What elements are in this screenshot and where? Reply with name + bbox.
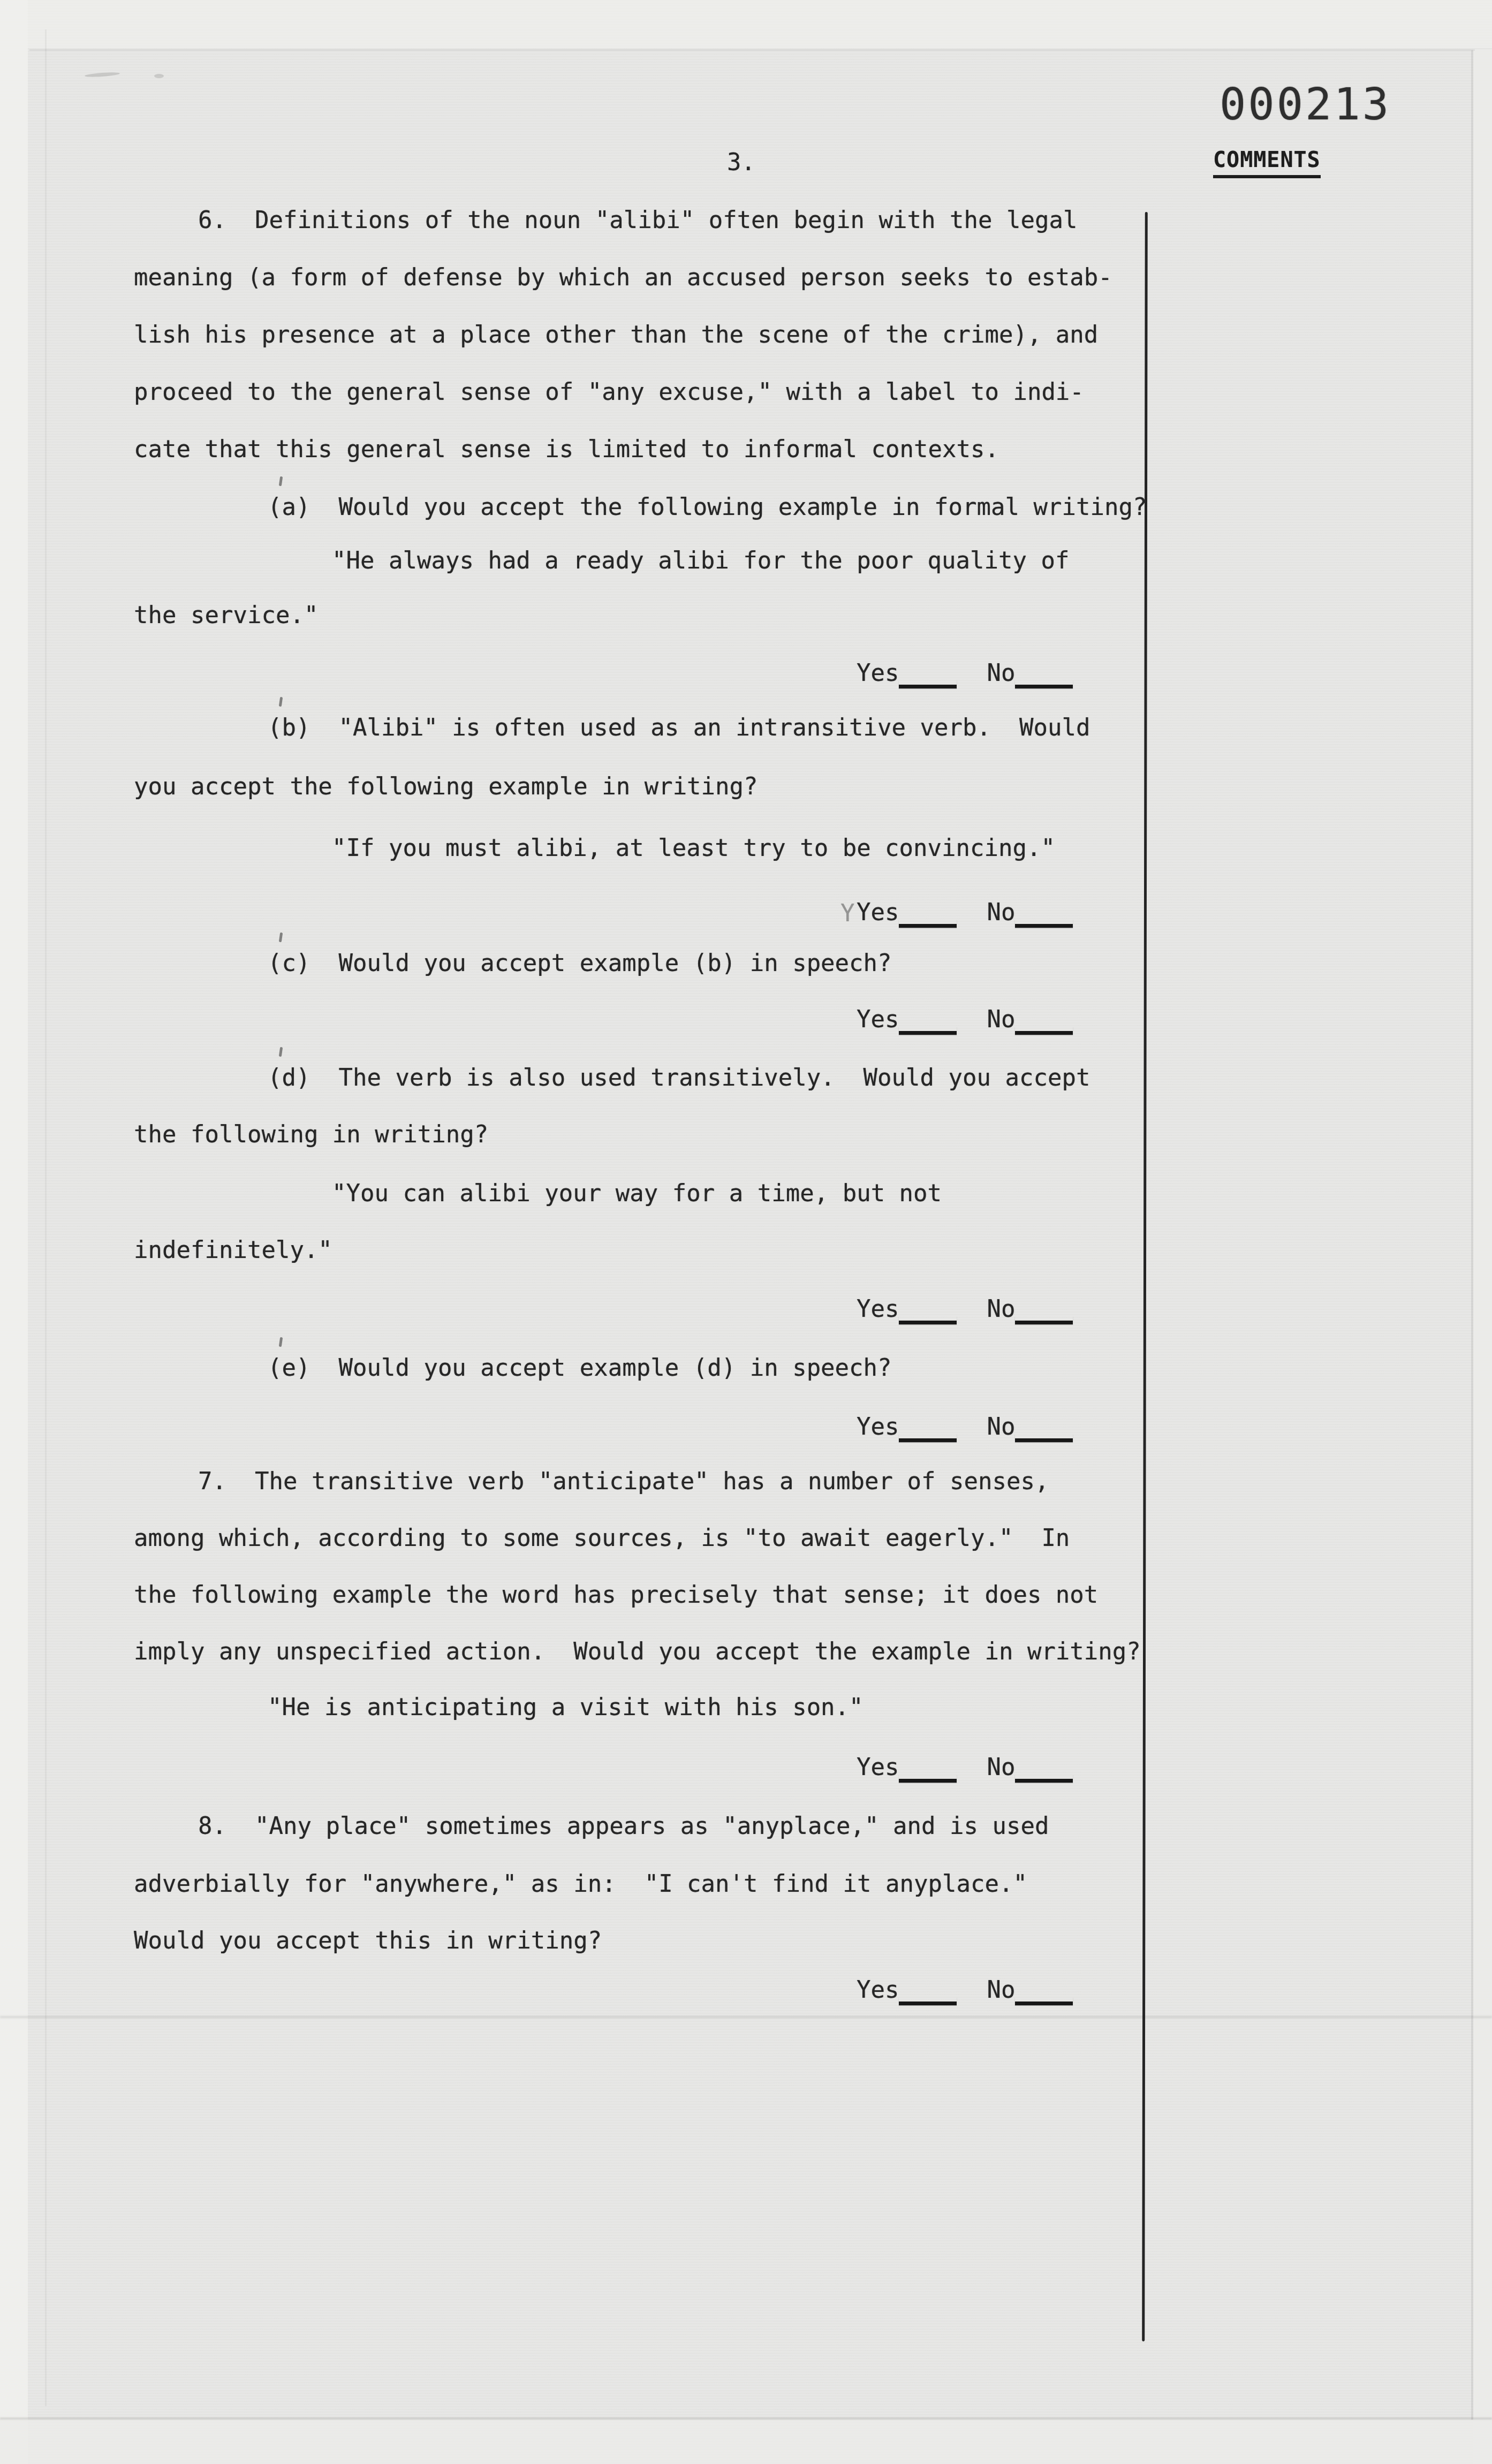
comments-column-heading: COMMENTS bbox=[1213, 148, 1321, 178]
no-answer-blank bbox=[1015, 680, 1073, 688]
no-label: No bbox=[987, 899, 1015, 926]
page-number: 3. bbox=[727, 149, 755, 176]
document-line: meaning (a form of defense by which an a… bbox=[134, 263, 1112, 293]
answer-row: YYesNo bbox=[857, 898, 1073, 928]
no-answer-blank bbox=[1015, 1434, 1073, 1442]
no-answer-blank bbox=[1015, 1027, 1073, 1035]
yes-label: Yes bbox=[857, 659, 899, 687]
document-line: you accept the following example in writ… bbox=[134, 772, 758, 802]
document-line: (a) Would you accept the following examp… bbox=[268, 492, 1147, 522]
document-line: adverbially for "anywhere," as in: "I ca… bbox=[134, 1869, 1027, 1899]
paper-left-light-strip bbox=[0, 0, 28, 2464]
document-line: proceed to the general sense of "any exc… bbox=[134, 377, 1084, 407]
stray-typed-mark: Y bbox=[840, 899, 855, 929]
yes-label: Yes bbox=[857, 1413, 899, 1441]
no-answer-blank bbox=[1015, 1316, 1073, 1324]
document-line: the service." bbox=[134, 601, 318, 631]
yes-answer-blank bbox=[899, 680, 957, 688]
yes-label: Yes bbox=[857, 1006, 899, 1033]
paper-top-light-strip bbox=[0, 0, 1492, 48]
stray-tick-mark bbox=[279, 476, 283, 487]
no-label: No bbox=[987, 1413, 1015, 1441]
no-label: No bbox=[987, 1006, 1015, 1033]
answer-row: YesNo bbox=[857, 1412, 1073, 1442]
yes-label: Yes bbox=[857, 1754, 899, 1781]
no-answer-blank bbox=[1015, 920, 1073, 928]
yes-label: Yes bbox=[857, 1976, 899, 2004]
yes-answer-blank bbox=[899, 920, 957, 928]
answer-row: YesNo bbox=[857, 1005, 1073, 1035]
left-crease bbox=[45, 29, 47, 2406]
under-sheet-right-edge bbox=[1471, 50, 1473, 2420]
stray-tick-mark bbox=[279, 697, 283, 707]
stray-tick-mark bbox=[279, 1047, 283, 1057]
document-line: the following example the word has preci… bbox=[134, 1580, 1098, 1610]
yes-answer-blank bbox=[899, 1434, 957, 1442]
no-answer-blank bbox=[1015, 1997, 1073, 2005]
document-line: 8. "Any place" sometimes appears as "any… bbox=[198, 1811, 1049, 1841]
document-line: the following in writing? bbox=[134, 1120, 488, 1150]
paper-bottom-edge bbox=[0, 2417, 1492, 2420]
yes-answer-blank bbox=[899, 1316, 957, 1324]
document-line: lish his presence at a place other than … bbox=[134, 320, 1098, 350]
pencil-smudge bbox=[85, 72, 120, 78]
no-label: No bbox=[987, 659, 1015, 687]
document-line: among which, according to some sources, … bbox=[134, 1523, 1070, 1553]
pencil-smudge bbox=[154, 74, 164, 78]
yes-answer-blank bbox=[899, 1027, 957, 1035]
document-line: (d) The verb is also used transitively. … bbox=[268, 1063, 1090, 1093]
paper-bottom-light-strip bbox=[0, 2420, 1492, 2464]
answer-row: YesNo bbox=[857, 1753, 1073, 1783]
document-line: "You can alibi your way for a time, but … bbox=[332, 1179, 942, 1209]
document-line: "He always had a ready alibi for the poo… bbox=[332, 546, 1070, 576]
document-line: (c) Would you accept example (b) in spee… bbox=[268, 949, 892, 979]
horizontal-fold-crease bbox=[0, 2016, 1492, 2018]
scanned-document-page: 000213 3. COMMENTS 6. Definitions of the… bbox=[0, 0, 1492, 2464]
document-line: cate that this general sense is limited … bbox=[134, 435, 999, 465]
under-sheet-top-edge bbox=[29, 49, 1475, 51]
document-line: "He is anticipating a visit with his son… bbox=[268, 1693, 864, 1723]
document-line: "If you must alibi, at least try to be c… bbox=[332, 833, 1055, 863]
document-line: 6. Definitions of the noun "alibi" often… bbox=[198, 206, 1077, 236]
document-line: imply any unspecified action. Would you … bbox=[134, 1637, 1141, 1667]
document-line: Would you accept this in writing? bbox=[134, 1926, 602, 1956]
answer-row: YesNo bbox=[857, 658, 1073, 688]
yes-label: Yes bbox=[857, 899, 899, 926]
stray-tick-mark bbox=[279, 932, 283, 943]
document-line: indefinitely." bbox=[134, 1235, 332, 1265]
document-line: (e) Would you accept example (d) in spee… bbox=[268, 1353, 892, 1383]
answer-row: YesNo bbox=[857, 1975, 1073, 2005]
stray-tick-mark bbox=[279, 1337, 283, 1347]
no-label: No bbox=[987, 1976, 1015, 2004]
document-line: 7. The transitive verb "anticipate" has … bbox=[198, 1467, 1049, 1497]
yes-label: Yes bbox=[857, 1295, 899, 1323]
paper-right-light-strip bbox=[1473, 49, 1492, 2464]
yes-answer-blank bbox=[899, 1997, 957, 2005]
document-id-stamp: 000213 bbox=[1220, 79, 1391, 130]
comments-column-rule bbox=[1142, 212, 1148, 2341]
no-answer-blank bbox=[1015, 1775, 1073, 1783]
answer-row: YesNo bbox=[857, 1294, 1073, 1324]
yes-answer-blank bbox=[899, 1775, 957, 1783]
no-label: No bbox=[987, 1295, 1015, 1323]
no-label: No bbox=[987, 1754, 1015, 1781]
document-line: (b) "Alibi" is often used as an intransi… bbox=[268, 713, 1090, 743]
